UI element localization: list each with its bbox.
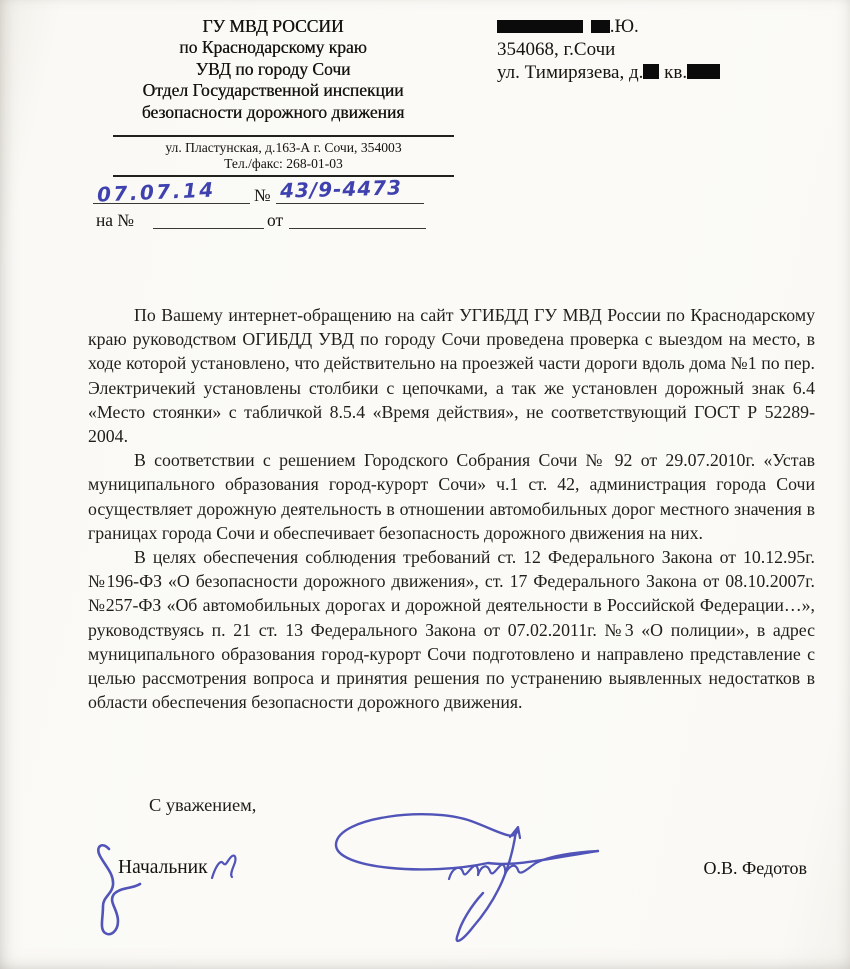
body-paragraph-2: В соответствии с решением Городского Соб… [88,448,815,545]
letterhead-phone: Тел./факс: 268-01-03 [113,156,454,172]
main-signature-arrow [510,827,520,838]
closing-regards: С уважением, [149,795,256,816]
addressee-apartment-label: кв. [664,62,687,83]
redaction-bar-apartment [687,64,720,79]
letterhead-address-box: ул. Пластунская, д.163-А г. Сочи, 354003… [113,135,454,177]
redaction-bar-initial [591,20,610,33]
addressee-block: .Ю. 354068, г.Сочи ул. Тимирязева, д. кв… [497,15,720,85]
body-paragraph-1: По Вашему интернет-обращению на сайт УГИ… [88,303,815,448]
letterhead-org-block: ГУ МВД РОССИИ по Краснодарскому краю УВД… [87,16,459,123]
letterhead-street-address: ул. Пластунская, д.163-А г. Сочи, 354003 [113,140,454,156]
org-line-2: по Краснодарскому краю [87,37,459,58]
scanned-letter-page: ГУ МВД РОССИИ по Краснодарскому краю УВД… [0,0,850,969]
signer-position-title: Начальник [118,857,208,879]
number-sign-label: № [254,185,271,206]
incoming-date-underline [289,228,426,229]
body-paragraph-3: В целях обеспечения соблюдения требовани… [88,545,815,714]
main-signature-loop [336,814,598,869]
org-line-3: УВД по городу Сочи [87,59,459,80]
number-underline [276,203,424,204]
org-line-1: ГУ МВД РОССИИ [87,16,459,37]
left-flourish-tick [212,856,235,878]
org-line-4: Отдел Государственной инспекции [87,80,459,101]
handwritten-outgoing-number: 43/9-4473 [280,175,403,202]
incoming-number-underline [153,228,264,229]
addressee-postal-line: 354068, г.Сочи [497,38,720,61]
redaction-bar-house [643,64,659,79]
main-signature-squiggle [449,851,598,879]
addressee-name-line: .Ю. [497,15,720,38]
org-line-5: безопасности дорожного движения [87,102,459,123]
addressee-name-suffix: .Ю. [610,16,639,37]
addressee-street-prefix: ул. Тимирязева, д. [497,62,643,83]
date-underline [93,203,250,204]
signer-name: О.В. Федотов [600,858,807,879]
addressee-street-line: ул. Тимирязева, д. кв. [497,61,720,84]
incoming-date-label: от [267,210,283,231]
incoming-number-label: на № [96,210,134,231]
letter-body: По Вашему интернет-обращению на сайт УГИ… [88,303,815,714]
redaction-bar-surname [497,20,583,33]
main-signature-descender [457,831,516,941]
